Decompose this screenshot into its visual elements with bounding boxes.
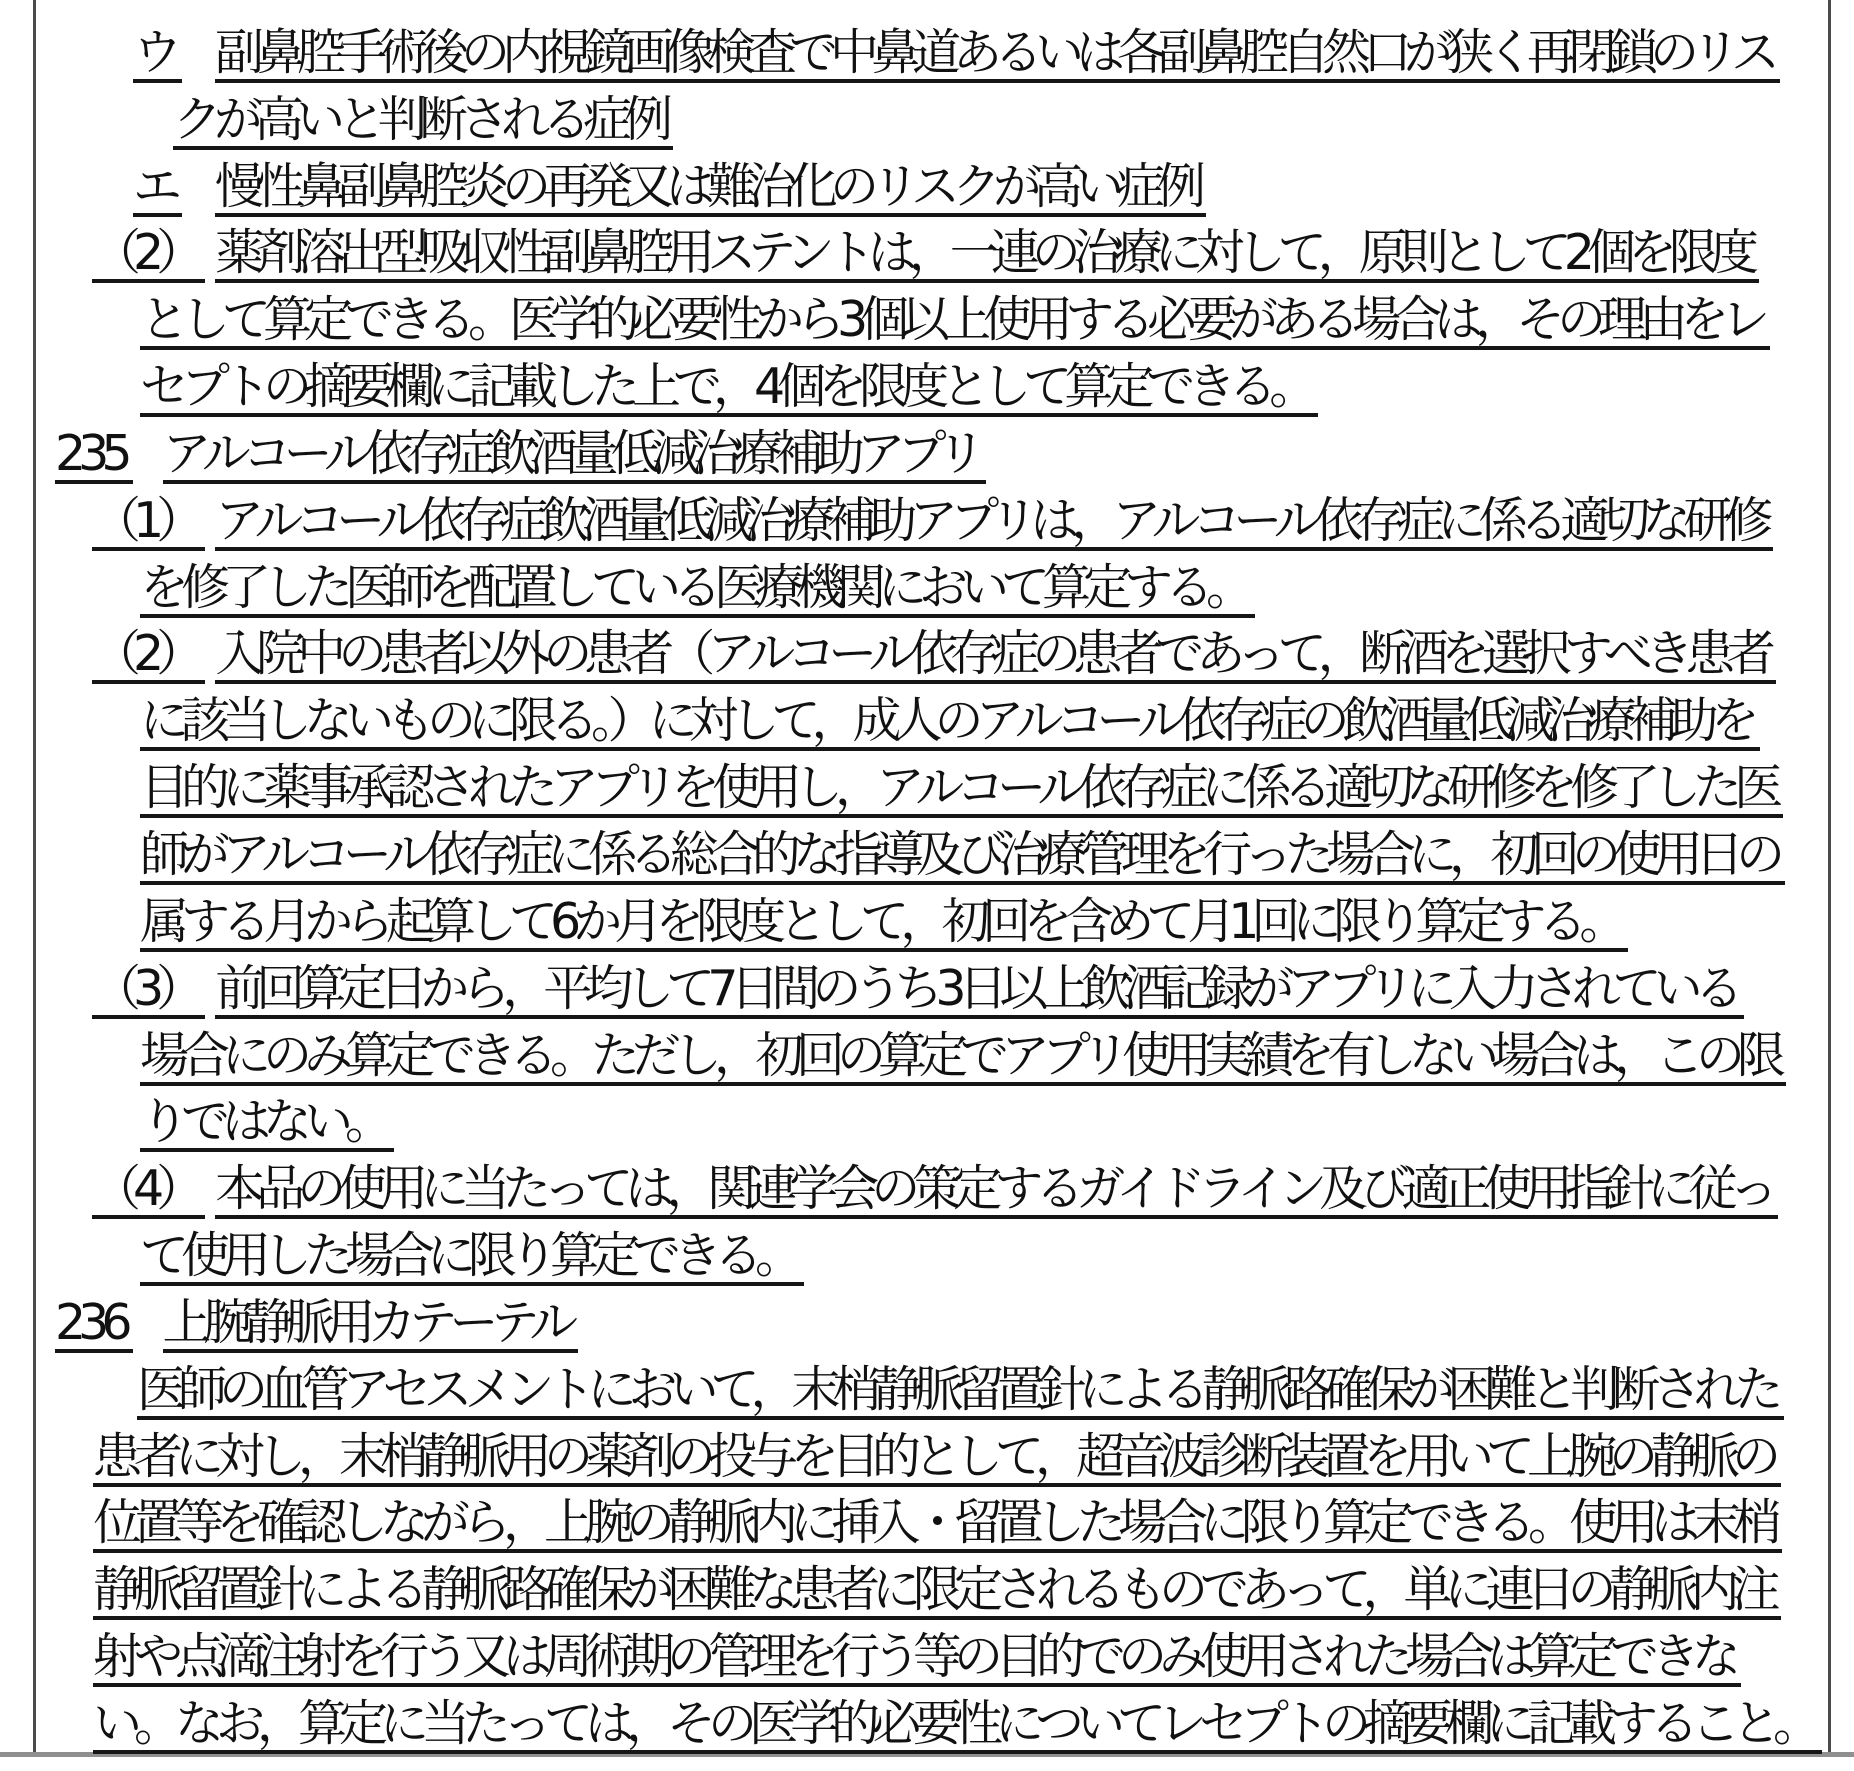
- line-text: 師がアルコール依存症に係る総合的な指導及び治療管理を行った場合に，初回の使用日の: [140, 829, 1785, 885]
- text-line: 属する月から起算して6か月を限度として，初回を含めて月1回に限り算定する。: [0, 885, 1854, 952]
- text-line: 医師の血管アセスメントにおいて，末梢静脈留置針による静脈路確保が困難と判断された: [0, 1353, 1854, 1420]
- line-text: 位置等を確認しながら，上腕の静脈内に挿入・留置した場合に限り算定できる。使用は末…: [93, 1497, 1782, 1553]
- text-line: 患者に対し，末梢静脈用の薬剤の投与を目的として，超音波診断装置を用いて上腕の静脈…: [0, 1420, 1854, 1487]
- line-text: 目的に薬事承認されたアプリを使用し，アルコール依存症に係る適切な研修を修了した医: [140, 762, 1783, 818]
- text-line: （2）薬剤溶出型吸収性副鼻腔用ステントは，一連の治療に対して，原則として2個を限…: [0, 217, 1854, 284]
- line-text: アルコール依存症飲酒量低減治療補助アプリは，アルコール依存症に係る適切な研修: [215, 495, 1773, 551]
- line-text: 入院中の患者以外の患者（アルコール依存症の患者であって，断酒を選択すべき患者: [215, 628, 1776, 684]
- text-line: （4）本品の使用に当たっては，関連学会の策定するガイドライン及び適正使用指針に従…: [0, 1152, 1854, 1219]
- line-text: 上腕静脈用カテーテル: [163, 1297, 579, 1353]
- line-text: に該当しないものに限る。）に対して，成人のアルコール依存症の飲酒量低減治療補助を: [140, 695, 1760, 751]
- item-label: 235: [55, 428, 133, 484]
- item-label: （4）: [92, 1163, 205, 1219]
- text-line: 位置等を確認しながら，上腕の静脈内に挿入・留置した場合に限り算定できる。使用は末…: [0, 1487, 1854, 1554]
- line-text: 静脈留置針による静脈路確保が困難な患者に限定されるものであって，単に連日の静脈内…: [93, 1564, 1781, 1620]
- line-text: て使用した場合に限り算定できる。: [140, 1230, 804, 1286]
- text-line: 目的に薬事承認されたアプリを使用し，アルコール依存症に係る適切な研修を修了した医: [0, 751, 1854, 818]
- text-line: に該当しないものに限る。）に対して，成人のアルコール依存症の飲酒量低減治療補助を: [0, 684, 1854, 751]
- line-text: 射や点滴注射を行う又は周術期の管理を行う等の目的でのみ使用された場合は算定できな: [93, 1631, 1741, 1687]
- text-line: （1）アルコール依存症飲酒量低減治療補助アプリは，アルコール依存症に係る適切な研…: [0, 484, 1854, 551]
- text-line: エ慢性鼻副鼻腔炎の再発又は難治化のリスクが高い症例: [0, 150, 1854, 217]
- document-page: ウ副鼻腔手術後の内視鏡画像検査で中鼻道あるいは各副鼻腔自然口が狭く再閉鎖のリスク…: [0, 0, 1854, 1771]
- item-label: （2）: [92, 628, 205, 684]
- text-line: クが高いと判断される症例: [0, 83, 1854, 150]
- line-text: 前回算定日から，平均して7日間のうち3日以上飲酒記録がアプリに入力されている: [215, 963, 1743, 1019]
- item-label: ウ: [133, 27, 182, 83]
- text-line: 静脈留置針による静脈路確保が困難な患者に限定されるものであって，単に連日の静脈内…: [0, 1553, 1854, 1620]
- item-label: （3）: [92, 963, 205, 1019]
- item-label: （1）: [92, 495, 205, 551]
- text-line: （2）入院中の患者以外の患者（アルコール依存症の患者であって，断酒を選択すべき患…: [0, 618, 1854, 685]
- line-text: 本品の使用に当たっては，関連学会の策定するガイドライン及び適正使用指針に従っ: [215, 1163, 1778, 1219]
- text-line: セプトの摘要欄に記載した上で，4個を限度として算定できる。: [0, 350, 1854, 417]
- text-line: として算定できる。医学的必要性から3個以上使用する必要がある場合は，その理由をレ: [0, 283, 1854, 350]
- line-text: クが高いと判断される症例: [173, 94, 673, 150]
- line-text: アルコール依存症飲酒量低減治療補助アプリ: [163, 428, 986, 484]
- line-text: 患者に対し，末梢静脈用の薬剤の投与を目的として，超音波診断装置を用いて上腕の静脈…: [93, 1431, 1781, 1487]
- text-line: 236上腕静脈用カテーテル: [0, 1286, 1854, 1353]
- line-text: 医師の血管アセスメントにおいて，末梢静脈留置針による静脈路確保が困難と判断された: [137, 1364, 1784, 1420]
- line-text: 属する月から起算して6か月を限度として，初回を含めて月1回に限り算定する。: [140, 896, 1628, 952]
- line-text: い。なお，算定に当たっては，その医学的必要性についてレセプトの摘要欄に記載するこ…: [93, 1698, 1822, 1754]
- text-line: を修了した医師を配置している医療機関において算定する。: [0, 551, 1854, 618]
- item-label: （2）: [92, 227, 205, 283]
- text-line: 射や点滴注射を行う又は周術期の管理を行う等の目的でのみ使用された場合は算定できな: [0, 1620, 1854, 1687]
- text-line: 師がアルコール依存症に係る総合的な指導及び治療管理を行った場合に，初回の使用日の: [0, 818, 1854, 885]
- line-text: セプトの摘要欄に記載した上で，4個を限度として算定できる。: [140, 361, 1318, 417]
- text-line: 235アルコール依存症飲酒量低減治療補助アプリ: [0, 417, 1854, 484]
- text-line: て使用した場合に限り算定できる。: [0, 1219, 1854, 1286]
- line-text: 薬剤溶出型吸収性副鼻腔用ステントは，一連の治療に対して，原則として2個を限度: [215, 227, 1759, 283]
- line-text: 場合にのみ算定できる。ただし，初回の算定でアプリ使用実績を有しない場合は，この限: [140, 1030, 1786, 1086]
- line-text: として算定できる。医学的必要性から3個以上使用する必要がある場合は，その理由をレ: [140, 294, 1770, 350]
- item-label: エ: [133, 161, 182, 217]
- text-block: ウ副鼻腔手術後の内視鏡画像検査で中鼻道あるいは各副鼻腔自然口が狭く再閉鎖のリスク…: [0, 16, 1854, 1754]
- text-line: 場合にのみ算定できる。ただし，初回の算定でアプリ使用実績を有しない場合は，この限: [0, 1019, 1854, 1086]
- text-line: い。なお，算定に当たっては，その医学的必要性についてレセプトの摘要欄に記載するこ…: [0, 1687, 1854, 1754]
- text-line: （3）前回算定日から，平均して7日間のうち3日以上飲酒記録がアプリに入力されてい…: [0, 952, 1854, 1019]
- item-label: 236: [55, 1297, 133, 1353]
- text-line: ウ副鼻腔手術後の内視鏡画像検査で中鼻道あるいは各副鼻腔自然口が狭く再閉鎖のリス: [0, 16, 1854, 83]
- line-text: りではない。: [140, 1096, 394, 1152]
- line-text: を修了した医師を配置している医療機関において算定する。: [140, 562, 1255, 618]
- line-text: 慢性鼻副鼻腔炎の再発又は難治化のリスクが高い症例: [215, 161, 1206, 217]
- text-line: りではない。: [0, 1086, 1854, 1153]
- line-text: 副鼻腔手術後の内視鏡画像検査で中鼻道あるいは各副鼻腔自然口が狭く再閉鎖のリス: [215, 27, 1780, 83]
